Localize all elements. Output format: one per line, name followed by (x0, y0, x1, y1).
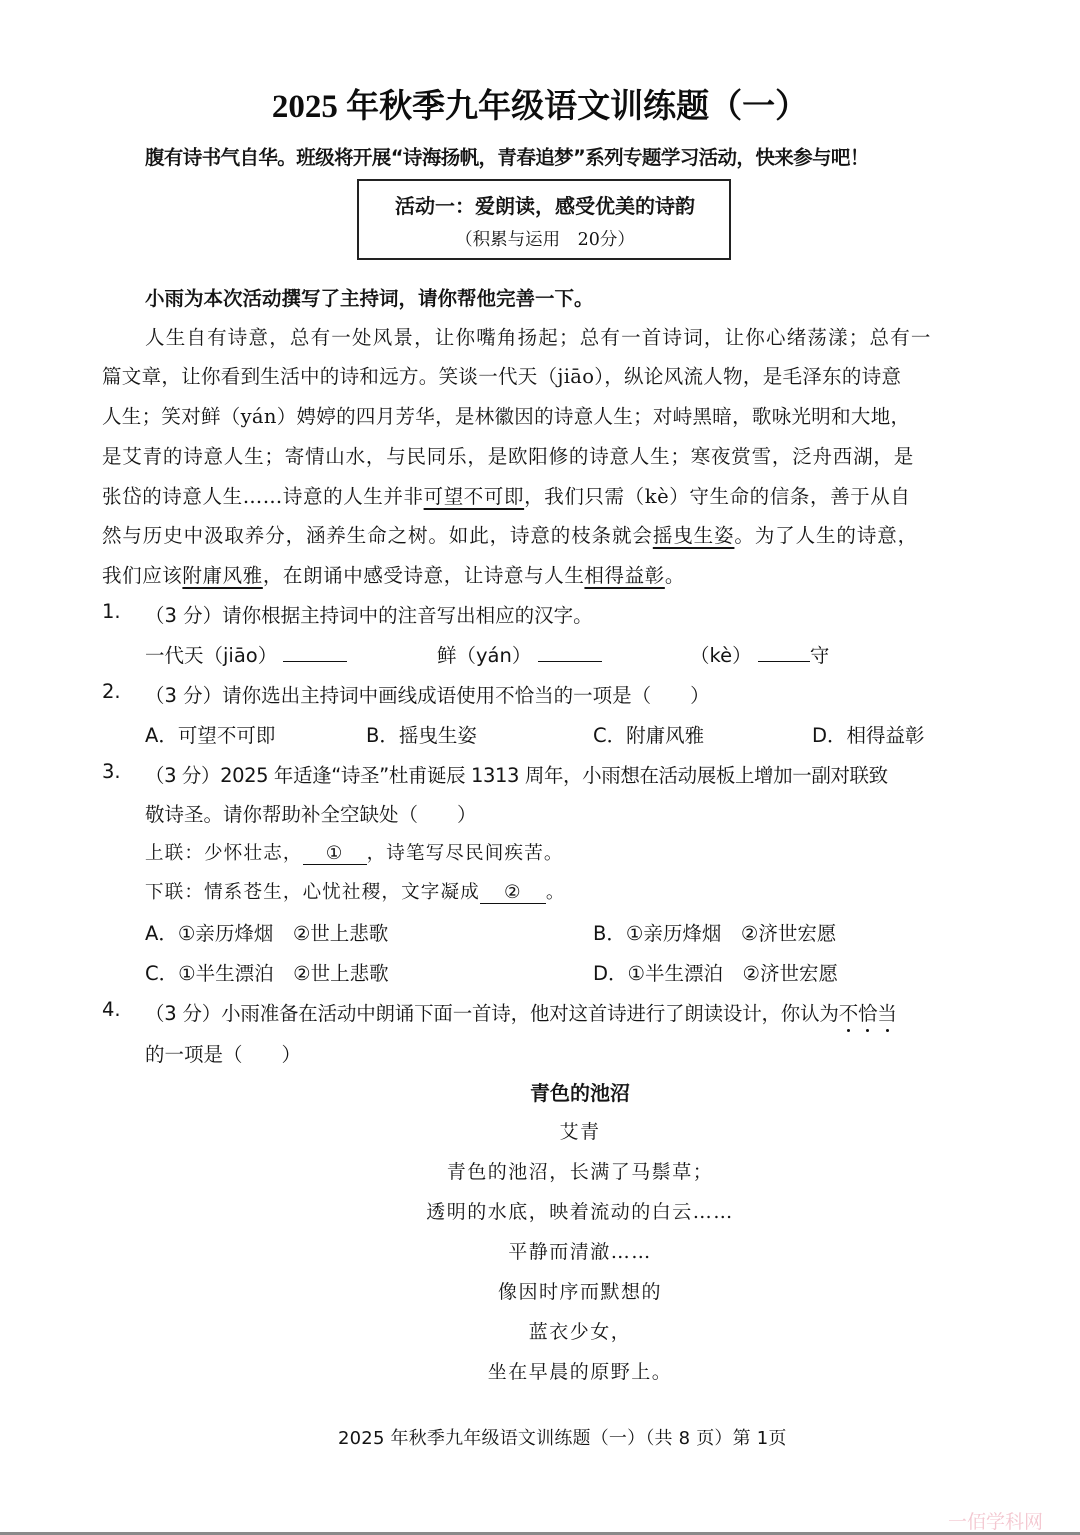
passage-text: ，我们只需（kè）守生命的信条，善于从自 (524, 485, 910, 508)
lead-instruction: 小雨为本次活动撰写了主持词，请你帮他完善一下。 (145, 283, 594, 311)
poem-line: 坐在早晨的原野上。 (0, 1357, 1080, 1384)
poem-title: 青色的池沼 (0, 1077, 1080, 1106)
poem-line: 平静而清澈…… (0, 1237, 1080, 1264)
poem-line: 像因时序而默想的 (0, 1277, 1080, 1304)
couplet-text: 。 (546, 882, 566, 903)
underlined-idiom: 可望不可即 (424, 485, 525, 508)
passage-text: 。为了人生的诗意， (734, 524, 918, 547)
option-d[interactable]: D．相得益彰 (812, 720, 925, 748)
question-stem: （3 分）请你选出主持词中画线成语使用不恰当的一项是（ ） (145, 680, 710, 708)
option-d[interactable]: D．①半生漂泊 ②济世宏愿 (593, 958, 838, 986)
fill-item-prefix: 一代天（jiāo） (145, 644, 277, 667)
passage-text: ，在朗诵中感受诗意，让诗意与人生 (263, 564, 585, 587)
question-stem: 的一项是（ ） (145, 1039, 301, 1067)
passage-line: 是艾青的诗意人生；寄情山水，与民同乐，是欧阳修的诗意人生；寒夜赏雪，泛舟西湖，是 (102, 441, 914, 469)
option-a[interactable]: A．可望不可即 (145, 720, 275, 748)
option-b[interactable]: B．①亲历烽烟 ②济世宏愿 (593, 918, 836, 946)
activity-subtitle: （积累与运用 20分） (357, 226, 733, 251)
fill-item-prefix: （kè） (690, 644, 752, 667)
underlined-idiom: 摇曳生姿 (653, 524, 735, 547)
underlined-idiom: 附庸风雅 (182, 564, 262, 587)
passage-text: 我们应该 (102, 564, 182, 587)
passage-text: 。 (665, 564, 685, 587)
question-stem: 敬诗圣。请你帮助补全空缺处（ ） (145, 799, 477, 827)
poem-line: 透明的水底，映着流动的白云…… (0, 1197, 1080, 1224)
poem-author: 艾青 (0, 1117, 1080, 1144)
question-number: 2. (102, 680, 121, 703)
couplet-blank-2[interactable]: ② (480, 882, 546, 904)
couplet-text: 上联：少怀壮志， (145, 843, 303, 864)
emphasis-char: 不 (839, 998, 858, 1026)
fill-item: 鲜（yán） (437, 640, 602, 668)
option-a[interactable]: A．①亲历烽烟 ②世上悲歌 (145, 918, 388, 946)
passage-line: 然与历史中汲取养分，涵养生命之树。如此，诗意的枝条就会摇曳生姿。为了人生的诗意， (102, 520, 918, 548)
passage-text: 张岱的诗意人生……诗意的人生并非 (102, 485, 424, 508)
answer-blank[interactable] (283, 643, 347, 662)
couplet-text: 下联：情系苍生，心忧社稷，文字凝成 (145, 882, 480, 903)
passage-line: 张岱的诗意人生……诗意的人生并非可望不可即，我们只需（kè）守生命的信条，善于从… (102, 481, 910, 509)
option-b[interactable]: B．摇曳生姿 (366, 720, 477, 748)
fill-item-suffix: 守 (810, 644, 830, 667)
passage-text: 然与历史中汲取养分，涵养生命之树。如此，诗意的枝条就会 (102, 524, 653, 547)
emphasis-char: 当 (877, 998, 896, 1026)
passage-line: 我们应该附庸风雅，在朗诵中感受诗意，让诗意与人生相得益彰。 (102, 560, 685, 588)
question-number: 1. (102, 600, 121, 623)
couplet-text: ，诗笔写尽民间疾苦。 (367, 843, 564, 864)
page-title: 2025 年秋季九年级语文训练题（一） (0, 80, 1080, 127)
question-number: 3. (102, 760, 121, 783)
fill-item: 一代天（jiāo） (145, 640, 347, 668)
couplet-blank-1[interactable]: ① (303, 843, 367, 865)
activity-title: 活动一：爱朗读，感受优美的诗韵 (357, 190, 733, 219)
poem-line: 蓝衣少女， (0, 1317, 1080, 1344)
option-c[interactable]: C．①半生漂泊 ②世上悲歌 (145, 958, 389, 986)
question-stem: （3 分）请你根据主持词中的注音写出相应的汉字。 (145, 600, 593, 628)
fill-item-prefix: 鲜（yán） (437, 644, 531, 667)
underlined-idiom: 相得益彰 (584, 564, 664, 587)
option-c[interactable]: C．附庸风雅 (593, 720, 704, 748)
passage-line: 人生；笑对鲜（yán）娉婷的四月芳华，是林徽因的诗意人生；对峙黑暗，歌咏光明和大… (102, 401, 910, 429)
couplet-upper: 上联：少怀壮志，①，诗笔写尽民间疾苦。 (145, 839, 564, 865)
couplet-lower: 下联：情系苍生，心忧社稷，文字凝成②。 (145, 878, 566, 904)
passage-line: 篇文章，让你看到生活中的诗和远方。笑谈一代天（jiāo），纵论风流人物，是毛泽东… (102, 361, 901, 389)
answer-blank[interactable] (538, 643, 602, 662)
question-stem: （3 分）小雨准备在活动中朗诵下面一首诗，他对这首诗进行了朗读设计，你认为不恰当 (145, 998, 897, 1026)
question-stem-text: （3 分）小雨准备在活动中朗诵下面一首诗，他对这首诗进行了朗读设计，你认为 (145, 1002, 839, 1025)
question-number: 4. (102, 998, 121, 1021)
emphasis-char: 恰 (858, 998, 877, 1026)
answer-blank[interactable] (758, 643, 810, 662)
poem-line: 青色的池沼，长满了马鬃草； (0, 1157, 1080, 1184)
fill-item: （kè） 守 (690, 640, 829, 668)
page-footer: 2025 年秋季九年级语文训练题（一）（共 8 页）第 1页 (338, 1424, 787, 1450)
watermark: 一佰学科网 (948, 1507, 1043, 1534)
intro-text: 腹有诗书气自华。班级将开展“诗海扬帆，青春追梦”系列专题学习活动，快来参与吧！ (145, 142, 869, 170)
question-stem: （3 分）2025 年适逢“诗圣”杜甫诞辰 1313 周年，小雨想在活动展板上增… (145, 760, 888, 788)
passage-line: 人生自有诗意，总有一处风景，让你嘴角扬起；总有一首诗词，让你心绪荡漾；总有一 (145, 322, 932, 350)
